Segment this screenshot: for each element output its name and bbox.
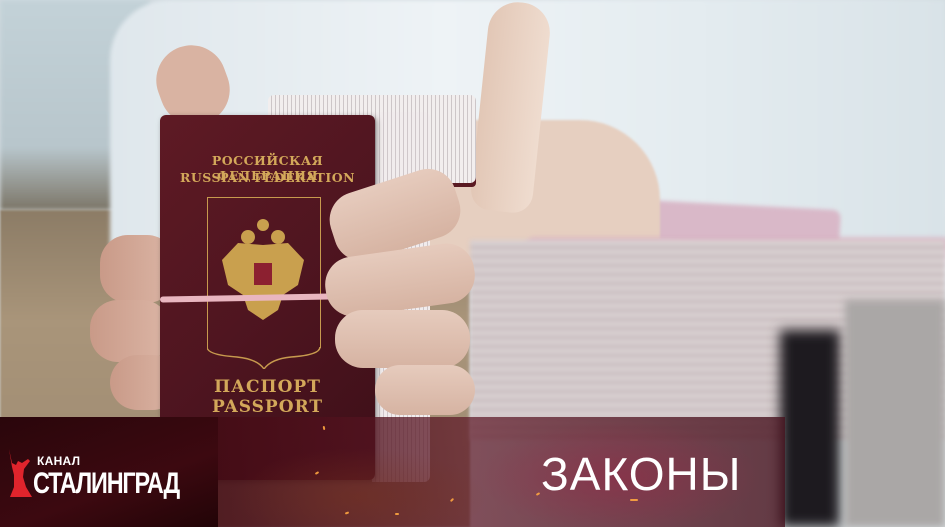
channel-logo: КАНАЛ СТАЛИНГРАД (0, 417, 218, 527)
spark (345, 511, 349, 514)
motherland-statue-icon (6, 447, 36, 499)
left-finger (90, 300, 170, 362)
logo-main-label: СТАЛИНГРАД (33, 467, 179, 501)
passport-label-en: PASSPORT (160, 397, 375, 417)
stack-side (845, 300, 945, 527)
logo-small-label: КАНАЛ (37, 454, 80, 468)
rubric-title: ЗАКОНЫ (541, 447, 741, 501)
passport-label-ru: ПАСПОРТ (160, 377, 375, 397)
passport-country-en: RUSSIAN FEDERATION (160, 170, 375, 185)
spark (536, 492, 540, 496)
stack-shadow (780, 330, 840, 527)
spark (450, 498, 454, 502)
finger (335, 310, 470, 368)
spark (315, 471, 319, 475)
finger (375, 365, 475, 415)
spark (323, 426, 326, 430)
emblem-frame-tip (207, 347, 322, 369)
double-headed-eagle-icon (218, 215, 308, 325)
spark (395, 513, 399, 515)
channel-banner: КАНАЛ СТАЛИНГРАД ЗАКОНЫ (0, 417, 785, 527)
